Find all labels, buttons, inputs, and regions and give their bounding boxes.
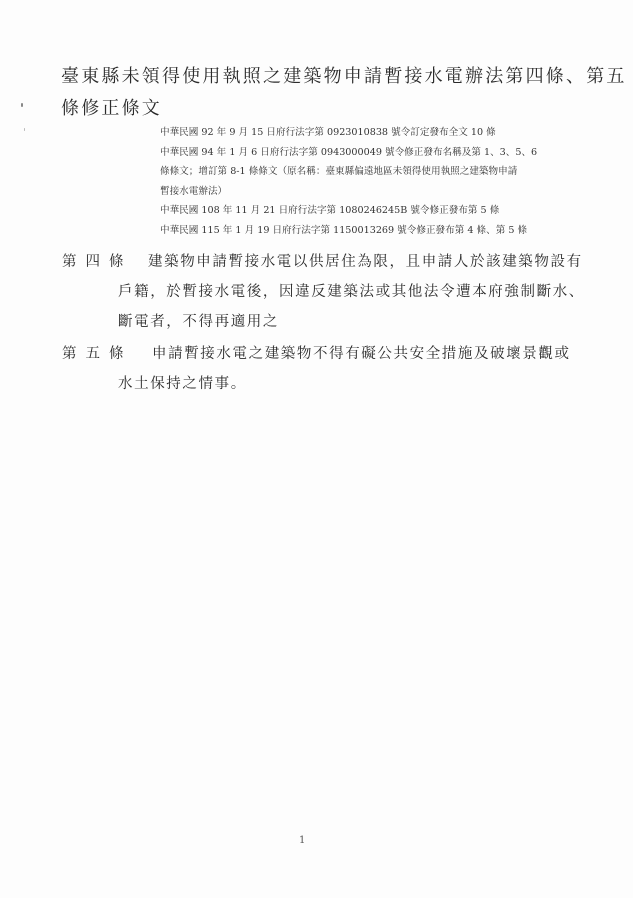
article-label: 第五條 <box>62 342 133 363</box>
scan-speck <box>24 128 25 131</box>
history-line: 中華民國 92 年 9 月 15 日府行法字第 0923010838 號令訂定發… <box>160 123 610 143</box>
document-title-line-2: 條修正條文 <box>61 94 162 120</box>
document-page: 臺東縣未領得使用執照之建築物申請暫接水電辦法第四條、第五 條修正條文 中華民國 … <box>0 0 633 898</box>
legislative-history: 中華民國 92 年 9 月 15 日府行法字第 0923010838 號令訂定發… <box>160 123 610 240</box>
article-text-line: 水土保持之情事。 <box>118 372 247 393</box>
history-line: 條條文；增訂第 8-1 條條文（原名稱：臺東縣偏遠地區未領得使用執照之建築物申請 <box>160 162 610 182</box>
history-line: 暫接水電辦法） <box>160 182 610 202</box>
article-text-line: 戶籍，於暫接水電後，因違反建築法或其他法令遭本府強制斷水、 <box>118 280 585 301</box>
scan-speck <box>21 103 23 107</box>
page-number: 1 <box>299 835 305 846</box>
article-text-line: 建築物申請暫接水電以供居住為限，且申請人於該建築物設有 <box>148 250 583 271</box>
article-label: 第四條 <box>62 250 133 271</box>
history-line: 中華民國 108 年 11 月 21 日府行法字第 1080246245B 號令… <box>160 201 610 221</box>
history-line: 中華民國 94 年 1 月 6 日府行法字第 0943000049 號令修正發布… <box>160 143 610 163</box>
history-line: 中華民國 115 年 1 月 19 日府行法字第 1150013269 號令修正… <box>160 221 610 241</box>
article-text-line: 申請暫接水電之建築物不得有礙公共安全措施及破壞景觀或 <box>152 342 571 363</box>
article-text-line: 斷電者，不得再適用之 <box>118 310 279 331</box>
document-title-line-1: 臺東縣未領得使用執照之建築物申請暫接水電辦法第四條、第五 <box>61 62 627 88</box>
